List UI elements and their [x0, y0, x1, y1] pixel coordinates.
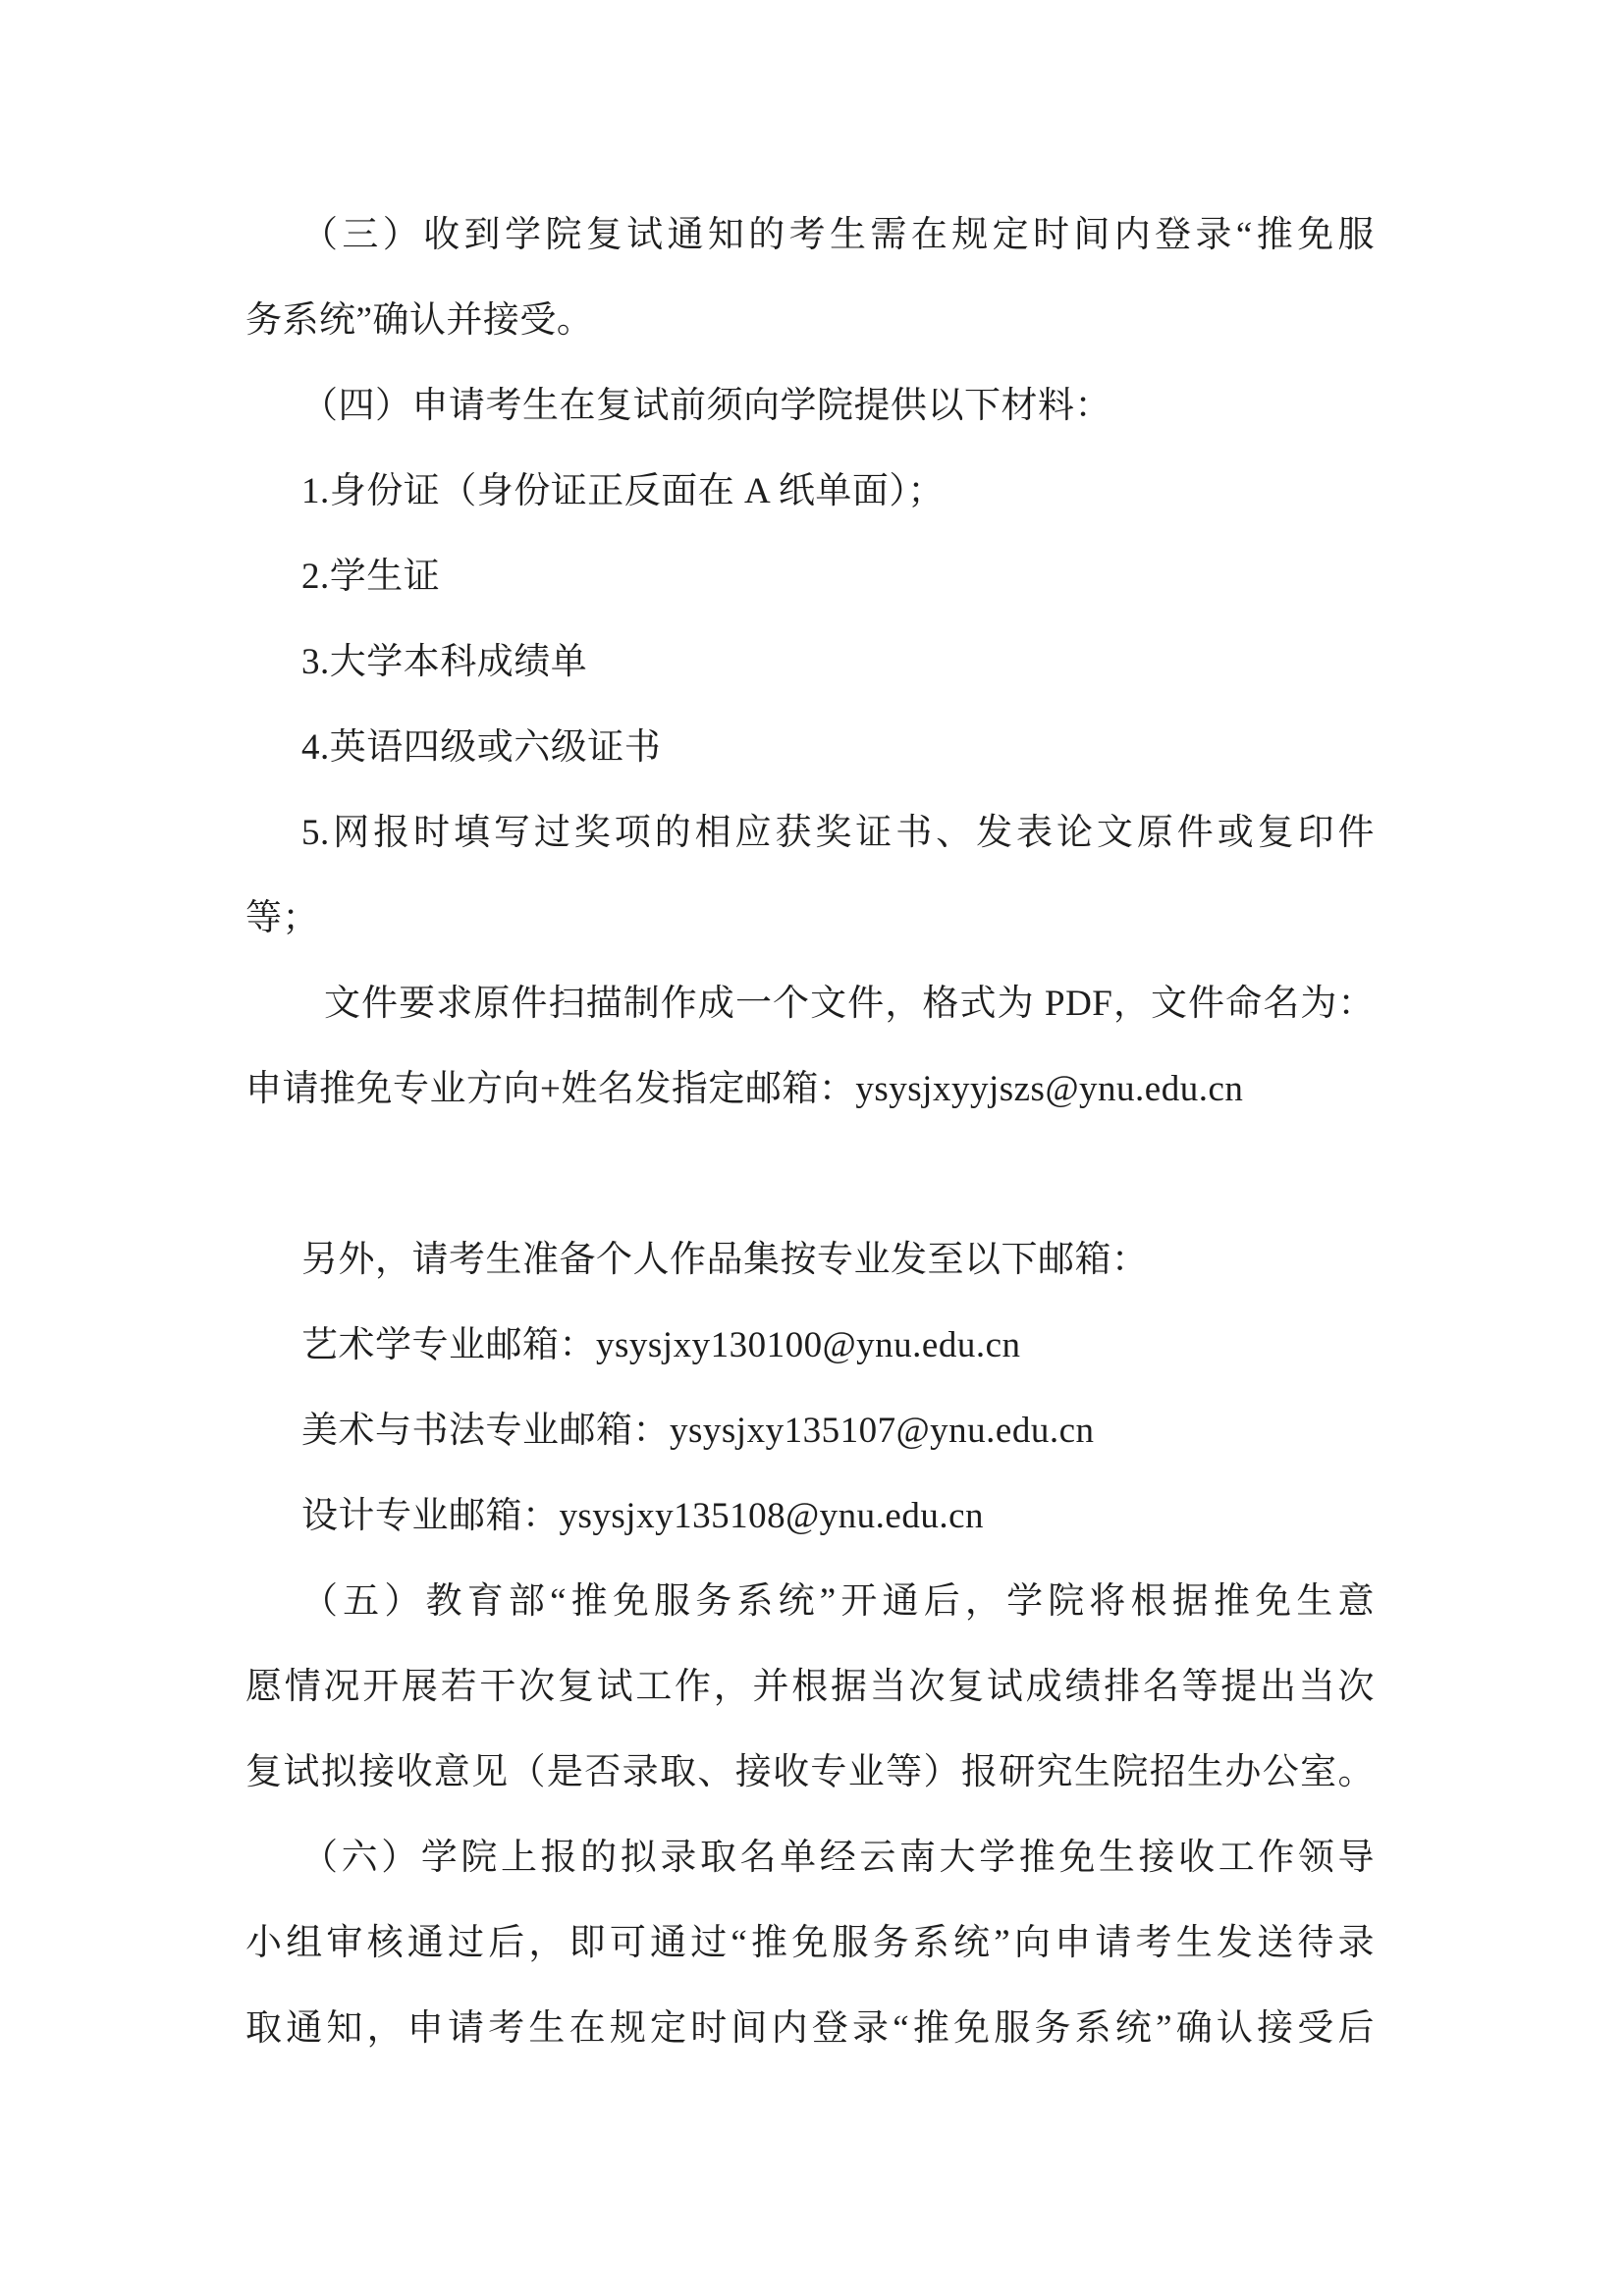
text-line-14: 艺术学专业邮箱：ysysjxy130100@ynu.edu.cn — [245, 1303, 1375, 1388]
text-line-5: 2.学生证 — [245, 534, 1375, 619]
blank-line — [245, 1132, 1375, 1217]
text-line-2: 务系统”确认并接受。 — [245, 278, 1375, 363]
text-line-20: （六）学院上报的拟录取名单经云南大学推免生接收工作领导 — [245, 1815, 1375, 1900]
text-line-13: 另外，请考生准备个人作品集按专业发至以下邮箱： — [245, 1217, 1375, 1303]
text-line-10: 文件要求原件扫描制作成一个文件，格式为 PDF，文件命名为： — [245, 961, 1375, 1046]
text-line-17: （五）教育部“推免服务系统”开通后，学院将根据推免生意 — [245, 1559, 1375, 1644]
text-line-18: 愿情况开展若干次复试工作，并根据当次复试成绩排名等提出当次 — [245, 1644, 1375, 1730]
text-line-8: 5.网报时填写过奖项的相应获奖证书、发表论文原件或复印件 — [245, 790, 1375, 876]
text-line-19: 复试拟接收意见（是否录取、接收专业等）报研究生院招生办公室。 — [245, 1730, 1375, 1815]
text-line-11: 申请推免专业方向+姓名发指定邮箱：ysysjxyyjszs@ynu.edu.cn — [245, 1046, 1375, 1132]
document-page: （三）收到学院复试通知的考生需在规定时间内登录“推免服务系统”确认并接受。（四）… — [0, 0, 1624, 2296]
text-line-21: 小组审核通过后，即可通过“推免服务系统”向申请考生发送待录 — [245, 1900, 1375, 1986]
text-line-9: 等； — [245, 876, 1375, 961]
text-line-22: 取通知，申请考生在规定时间内登录“推免服务系统”确认接受后 — [245, 1986, 1375, 2071]
text-line-15: 美术与书法专业邮箱：ysysjxy135107@ynu.edu.cn — [245, 1388, 1375, 1473]
text-line-3: （四）申请考生在复试前须向学院提供以下材料： — [245, 363, 1375, 449]
text-line-7: 4.英语四级或六级证书 — [245, 705, 1375, 790]
document-body: （三）收到学院复试通知的考生需在规定时间内登录“推免服务系统”确认并接受。（四）… — [245, 192, 1375, 2071]
text-line-1: （三）收到学院复试通知的考生需在规定时间内登录“推免服 — [245, 192, 1375, 278]
text-line-4: 1.身份证（身份证正反面在 A 纸单面）； — [245, 449, 1375, 534]
text-line-6: 3.大学本科成绩单 — [245, 619, 1375, 705]
text-line-16: 设计专业邮箱：ysysjxy135108@ynu.edu.cn — [245, 1473, 1375, 1559]
